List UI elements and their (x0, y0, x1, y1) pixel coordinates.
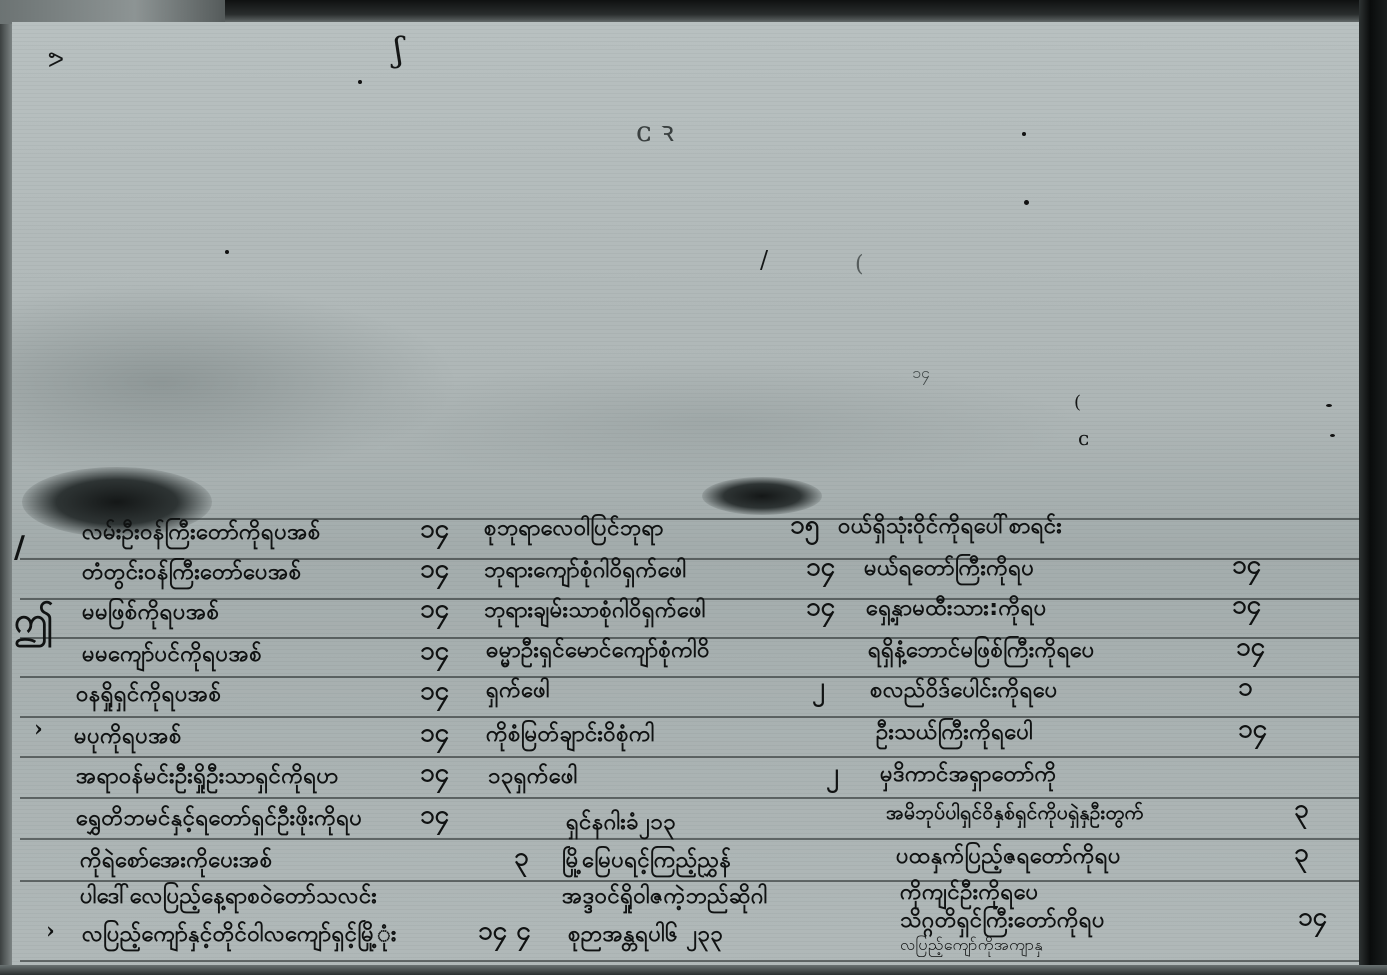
entry-row: အမိဘုပ်ပါရှင်ဝိနှစ်ရှင်ကိုပရှဲနှဦးတွက် ၃ (0, 798, 1387, 828)
speck (1330, 434, 1335, 437)
speck (1024, 200, 1029, 205)
speck (1022, 132, 1026, 136)
ruled-line (20, 838, 1360, 840)
entry-name: အမိဘုပ်ပါရှင်ဝိနှစ်ရှင်ကိုပရှဲနှဦးတွက် (886, 798, 1144, 828)
entry-name: ဦးသယ်ကြီးကိုရပေါ (876, 718, 1033, 748)
entry-count: ၁၄ (1236, 630, 1265, 664)
entry-name: မယ်ရတော်ကြီးကိုရပ (864, 554, 1034, 584)
entry-name: ဝယ်ရှိသုံးဝိုင်ကိုရပေါ်စာရင်း (838, 512, 1062, 542)
entry-row: လပြည့်ကျော်ကိုအကျာနှ (0, 930, 1387, 960)
speck (1326, 404, 1332, 407)
entry-row: မှဒိကာင်အရှာတော်ကို (0, 760, 1387, 790)
stray-mark: ၁၄ (912, 362, 930, 386)
entry-count: ၁၄ (1298, 900, 1327, 934)
entry-count: ၁၄ (1232, 588, 1261, 622)
scan-top-light-patch (0, 0, 225, 24)
speck (225, 250, 229, 254)
stray-mark: ᕗ (48, 48, 64, 73)
scan-bottom-border (0, 965, 1387, 975)
stray-mark: / (760, 246, 768, 274)
entry-count: ၃ (1294, 792, 1309, 826)
stray-mark: ᴄ ꝛ (636, 112, 674, 150)
stray-mark: ( (855, 252, 864, 277)
entry-name: မှဒိကာင်အရှာတော်ကို (880, 760, 1057, 790)
stray-mark: ᴄ (1078, 426, 1089, 450)
entry-name: ကိုကျင်ဦးကိုရပေ (900, 878, 1039, 908)
entry-name: ရရှိနံ့ဘောင်မဖြစ်ကြီးကိုရပေ (868, 636, 1095, 666)
entry-row: ဦးသယ်ကြီးကိုရပေါ ၁၄ (0, 718, 1387, 748)
scan-top-border (0, 0, 1387, 24)
ruled-line (20, 756, 1360, 758)
entry-row: စလည်ဝိဒ်ပေါင်းကိုရပေ ၁ (0, 676, 1387, 706)
ruled-line (20, 960, 1360, 962)
entry-row: ပထနှက်ပြည့်ဇရတော်ကိုရပ ၃ (0, 842, 1387, 872)
stray-mark: ( (1074, 392, 1081, 413)
entry-row: ကိုကျင်ဦးကိုရပေ (0, 878, 1387, 908)
entry-row: ရရှိနံ့ဘောင်မဖြစ်ကြီးကိုရပေ ၁၄ (0, 636, 1387, 666)
entry-row: ဝယ်ရှိသုံးဝိုင်ကိုရပေါ်စာရင်း (0, 512, 1387, 542)
entry-name: ပထနှက်ပြည့်ဇရတော်ကိုရပ (896, 842, 1121, 872)
entry-row: ရှေ့နှာမထီးသား:ကိုရပ ၁၄ (0, 594, 1387, 624)
entry-count: ၁ (1238, 670, 1253, 704)
entry-name: လပြည့်ကျော်ကိုအကျာနှ (900, 930, 1043, 960)
entry-count: ၃ (1294, 836, 1309, 870)
entry-row: မယ်ရတော်ကြီးကိုရပ ၁၄ (0, 554, 1387, 584)
entry-count: ၁၄ (1232, 548, 1261, 582)
stray-mark: ʃ (394, 30, 403, 70)
entry-name: ရှေ့နှာမထီးသား:ကိုရပ (866, 594, 1047, 624)
entry-name: စလည်ဝိဒ်ပေါင်းကိုရပေ (870, 676, 1058, 706)
entry-count: ၁၄ (1238, 712, 1267, 746)
speck (358, 80, 362, 84)
